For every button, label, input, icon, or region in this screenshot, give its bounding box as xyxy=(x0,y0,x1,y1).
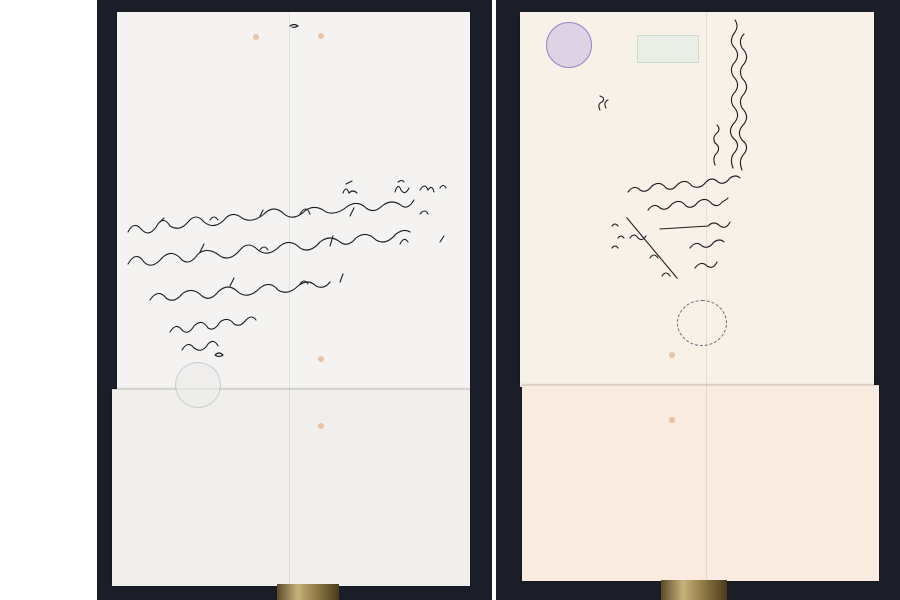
display-stand-right xyxy=(661,580,727,600)
back-handwriting xyxy=(0,0,900,600)
display-stand-left xyxy=(277,584,339,600)
